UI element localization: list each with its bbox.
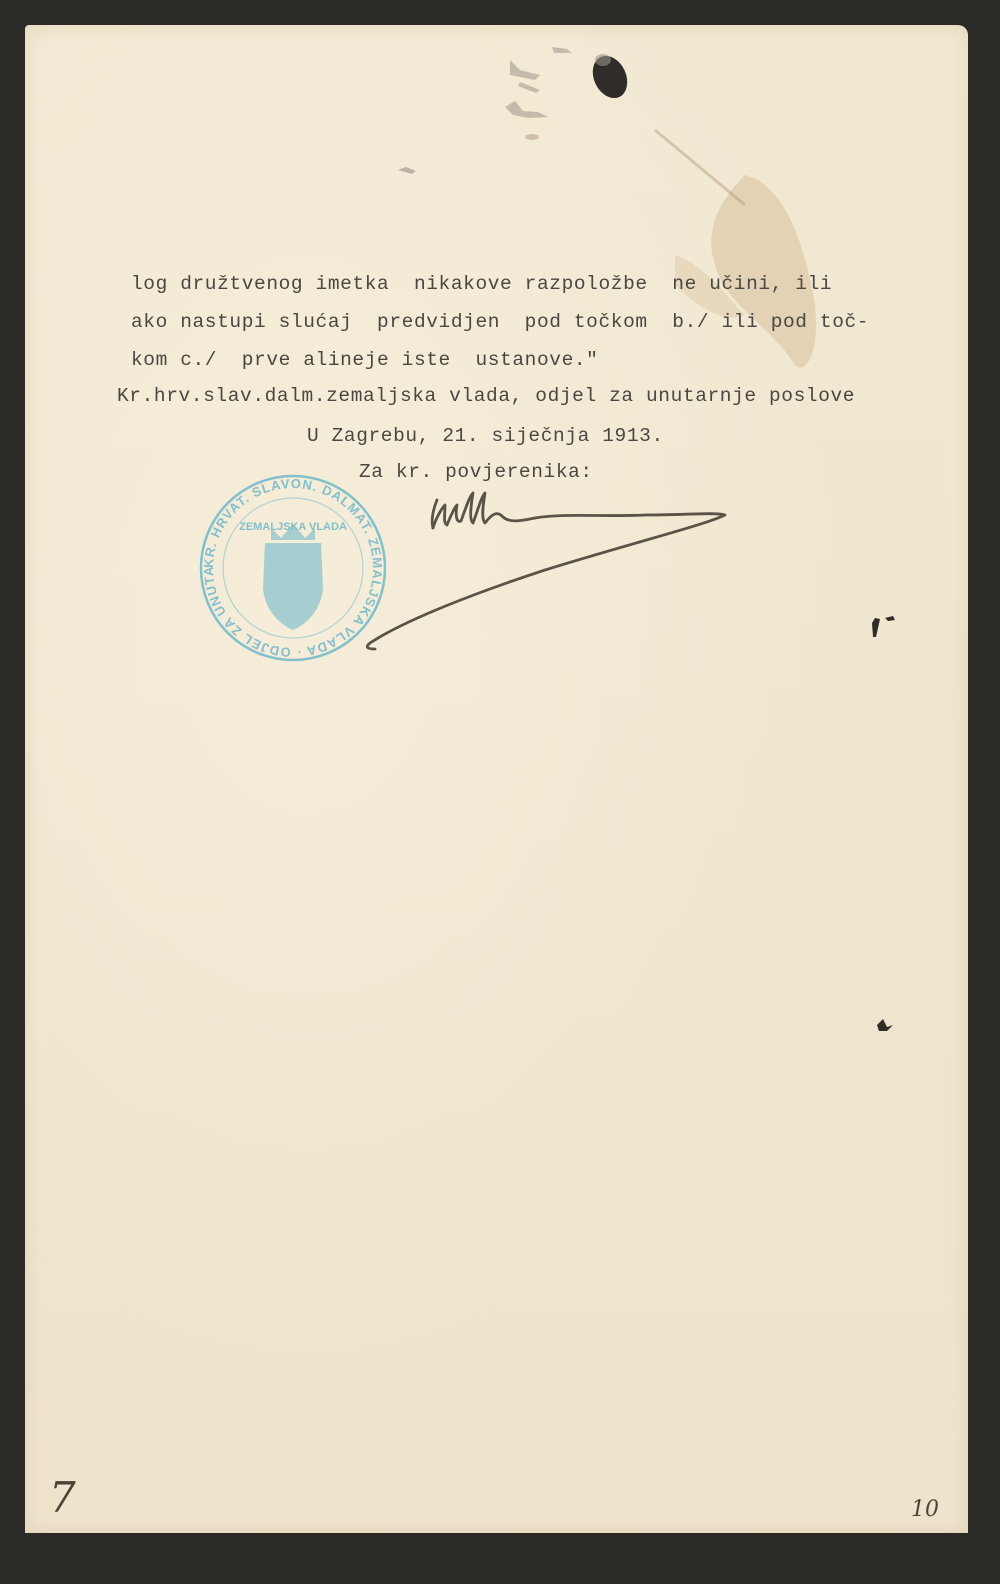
document-page: log družtvenog imetka nikakove razpoložb… [25, 25, 968, 1533]
signature [25, 25, 968, 1533]
handwritten-page-number: 10 [911, 1497, 939, 1522]
handwritten-mark-bottom-left: 7 [49, 1473, 76, 1522]
